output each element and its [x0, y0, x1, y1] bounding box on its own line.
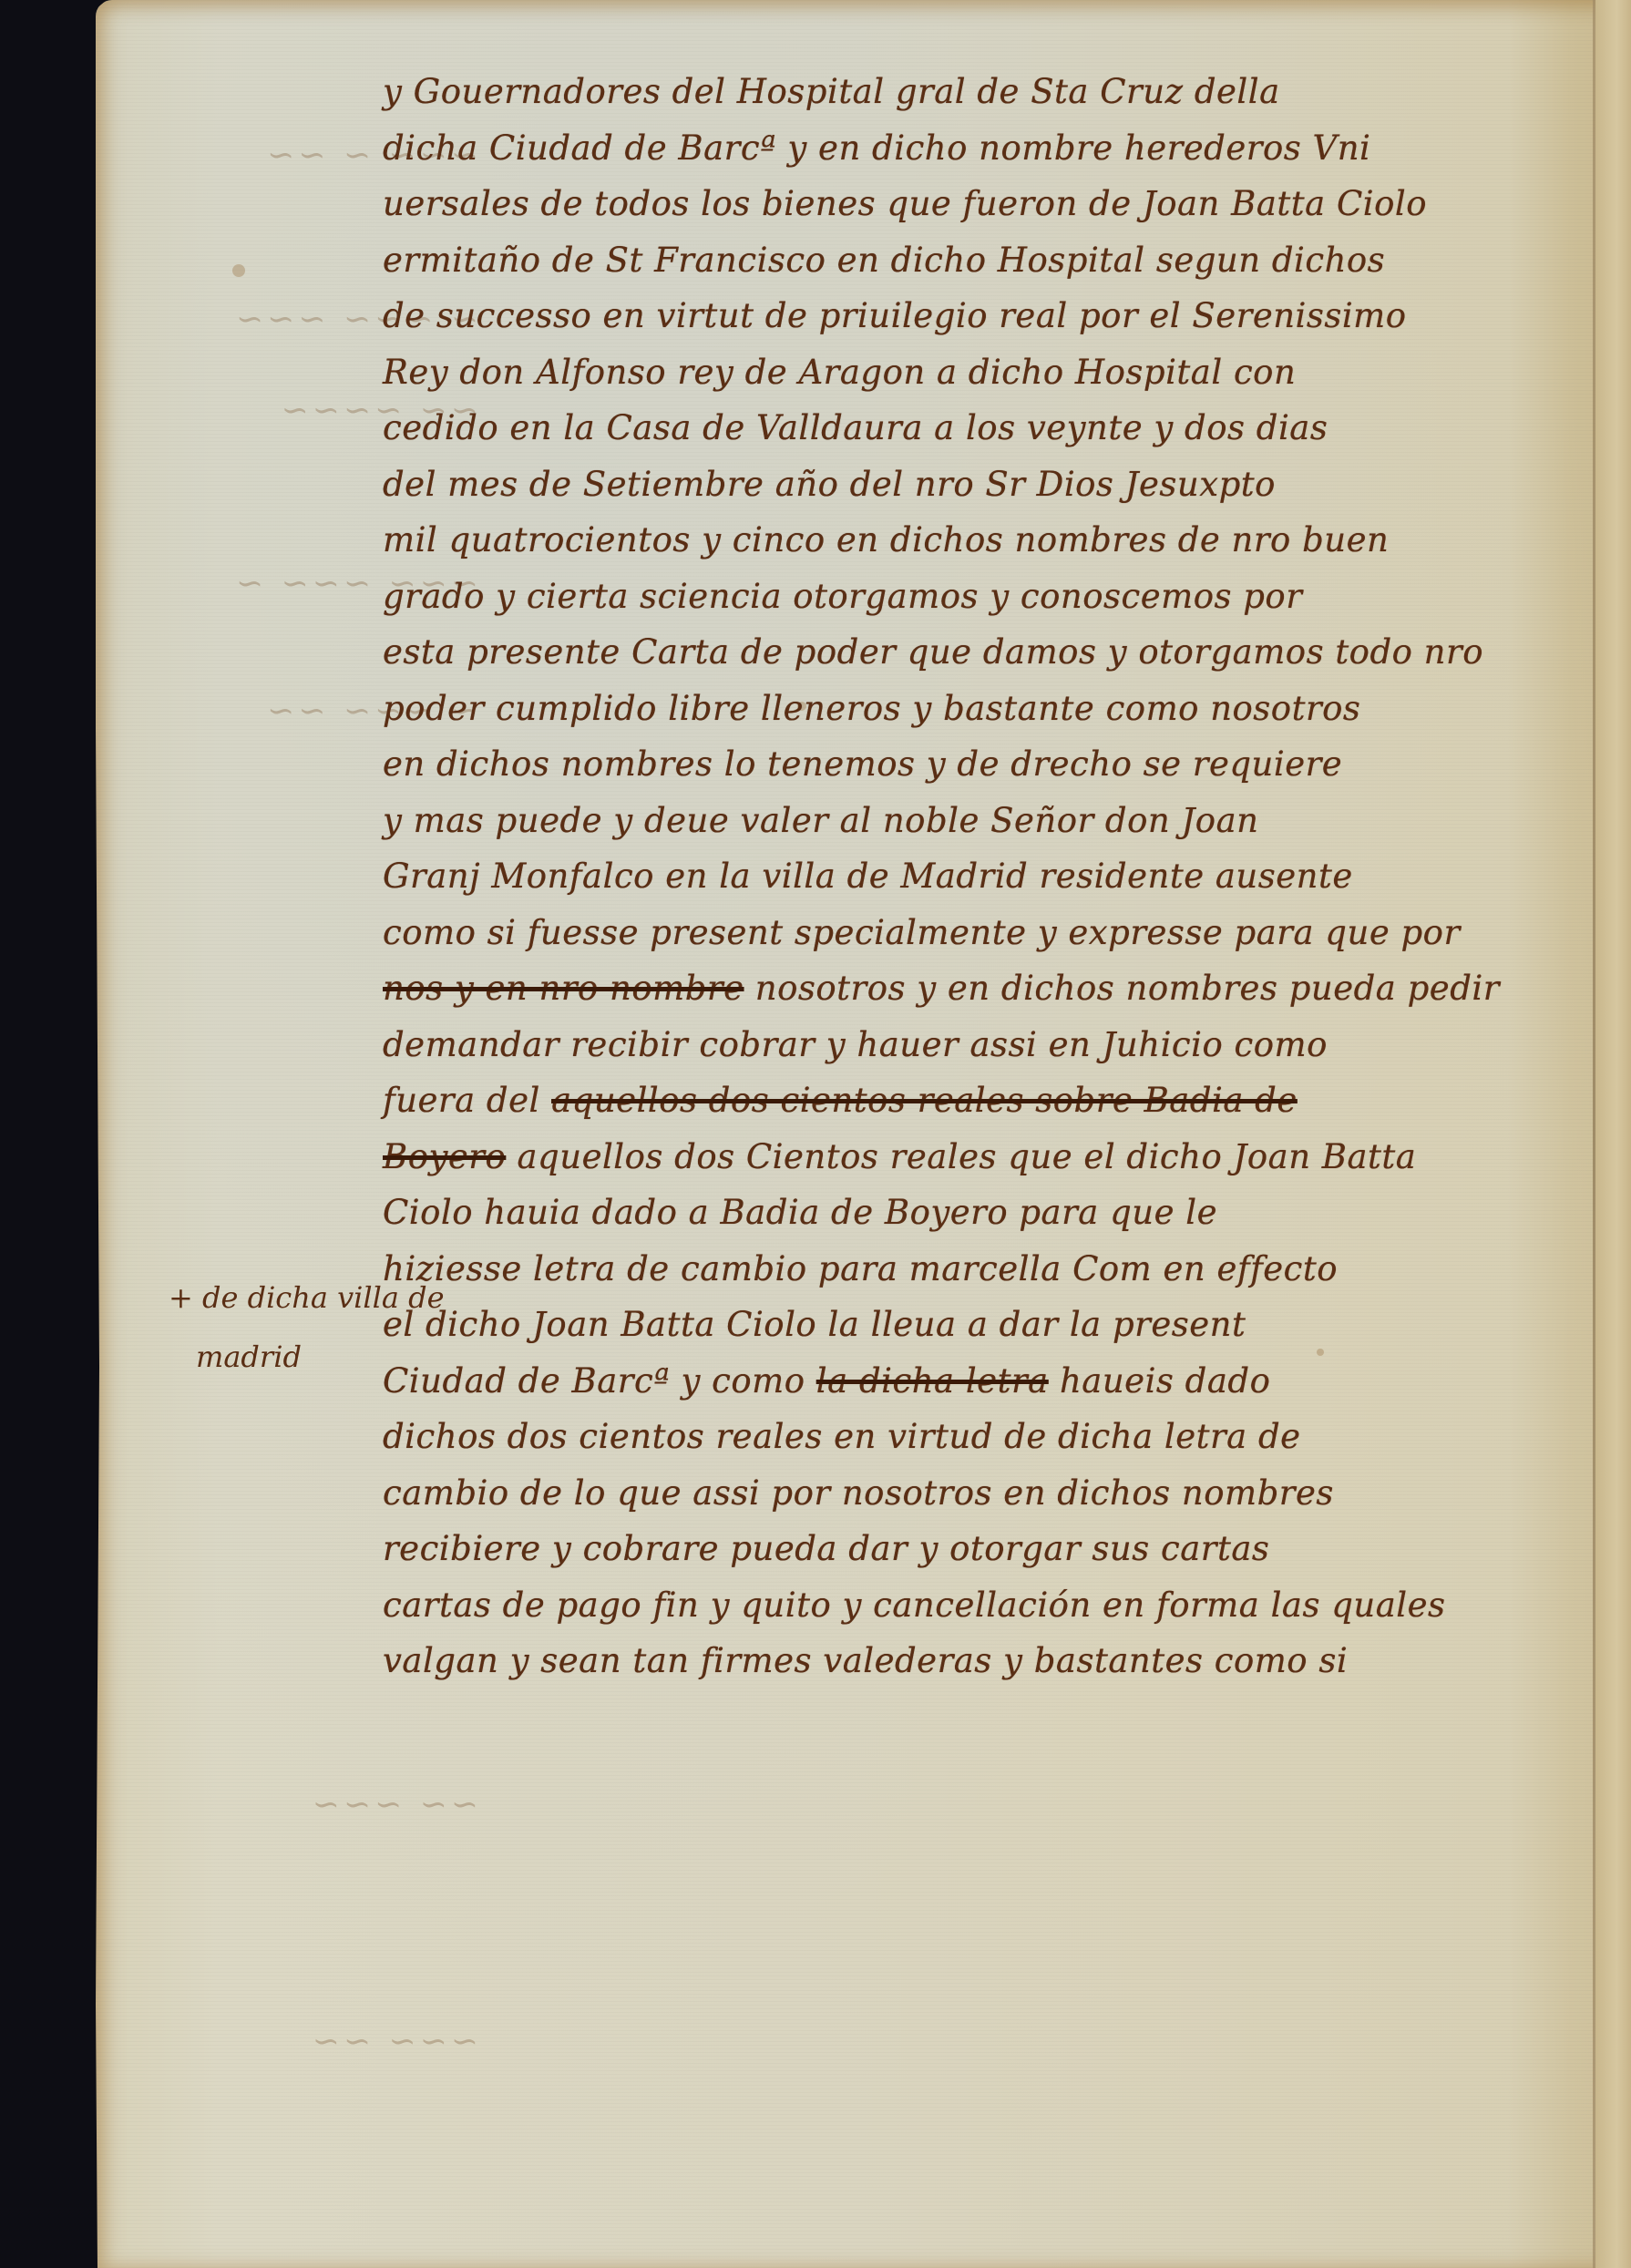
text-line: dichos dos cientos reales en virtud de d… — [383, 1409, 1522, 1465]
text-segment: nosotros y en dichos nombres pueda pedir — [744, 969, 1500, 1008]
text-line: Ciolo hauia dado a Badia de Boyero para … — [383, 1185, 1522, 1241]
text-segment: haueis dado — [1049, 1361, 1271, 1401]
struck-text: nos y en nro nombre — [383, 969, 744, 1008]
text-line: del mes de Setiembre año del nro Sr Dios… — [383, 457, 1522, 513]
struck-text: aquellos dos cientos reales sobre Badia … — [551, 1081, 1298, 1120]
text-line: ermitaño de St Francisco en dicho Hospit… — [383, 232, 1522, 289]
text-line: cambio de lo que assi por nosotros en di… — [383, 1465, 1522, 1522]
text-line: el dicho Joan Batta Ciolo la lleua a dar… — [383, 1297, 1522, 1353]
manuscript-scan: ~~~ ~ ~~ ~ ~~~ ~~~ ~~ ~~~~ ~~~ ~~~ ~ ~ ~… — [0, 0, 1631, 2268]
bleed-through-text: ~~~ ~~ — [205, 2023, 478, 2060]
text-line-with-deletion: nos y en nro nombre nosotros y en dichos… — [383, 960, 1522, 1017]
margin-note-line-2: madrid — [196, 1339, 302, 1374]
text-line: recibiere y cobrare pueda dar y otorgar … — [383, 1521, 1522, 1577]
text-line: demandar recibir cobrar y hauer assi en … — [383, 1017, 1522, 1073]
text-line: cedido en la Casa de Valldaura a los vey… — [383, 400, 1522, 457]
struck-text: la dicha letra — [816, 1361, 1049, 1401]
text-line: dicha Ciudad de Barcª y en dicho nombre … — [383, 120, 1522, 177]
text-line: como si fuesse present specialmente y ex… — [383, 905, 1522, 961]
ink-stain — [232, 264, 245, 277]
manuscript-body: y Gouernadores del Hospital gral de Sta … — [383, 64, 1522, 1689]
text-line: hiziesse letra de cambio para marcella C… — [383, 1241, 1522, 1298]
text-line: esta presente Carta de poder que damos y… — [383, 624, 1522, 681]
text-line-with-deletion: fuera del aquellos dos cientos reales so… — [383, 1072, 1522, 1129]
text-line: y mas puede y deue valer al noble Señor … — [383, 793, 1522, 849]
text-line: uersales de todos los bienes que fueron … — [383, 176, 1522, 232]
text-line: de successo en virtut de priuilegio real… — [383, 288, 1522, 344]
bleed-through-text: ~~ ~~~ — [205, 1786, 478, 1823]
binding-gutter — [1595, 0, 1631, 2268]
text-line: y Gouernadores del Hospital gral de Sta … — [383, 64, 1522, 120]
text-line: en dichos nombres lo tenemos y de drecho… — [383, 736, 1522, 793]
text-segment: aquellos dos Cientos reales que el dicho… — [506, 1137, 1416, 1176]
struck-text: Boyero — [383, 1137, 506, 1176]
text-line: valgan y sean tan firmes valederas y bas… — [383, 1633, 1522, 1689]
text-line: Granj Monfalco en la villa de Madrid res… — [383, 848, 1522, 905]
text-line: cartas de pago fin y quito y cancellació… — [383, 1577, 1522, 1634]
text-segment: Ciudad de Barcª y como — [383, 1361, 816, 1401]
text-line-with-deletion: Ciudad de Barcª y como la dicha letra ha… — [383, 1353, 1522, 1410]
text-line: mil quatrocientos y cinco en dichos nomb… — [383, 512, 1522, 569]
text-line: poder cumplido libre lleneros y bastante… — [383, 681, 1522, 737]
text-segment: fuera del — [383, 1081, 551, 1120]
text-line: Rey don Alfonso rey de Aragon a dicho Ho… — [383, 344, 1522, 401]
text-line: grado y cierta sciencia otorgamos y cono… — [383, 569, 1522, 625]
text-line-with-deletion: Boyero aquellos dos Cientos reales que e… — [383, 1129, 1522, 1185]
